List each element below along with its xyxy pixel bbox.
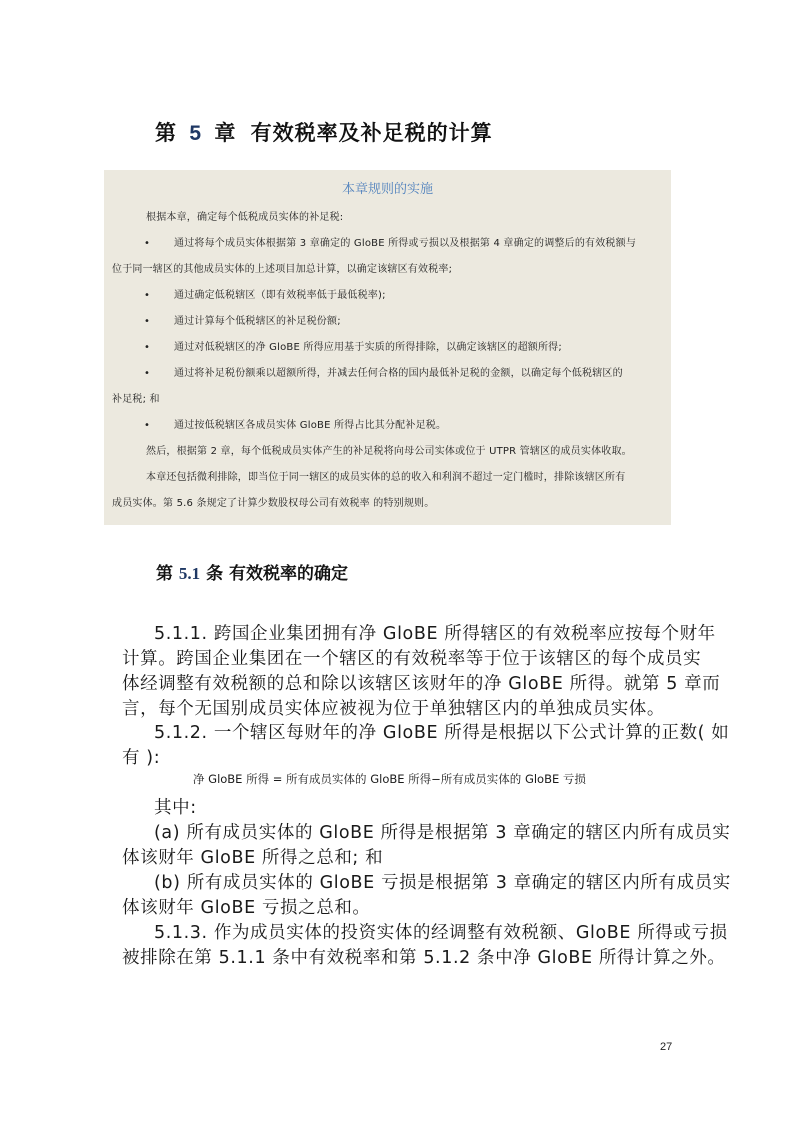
box-bullet-2: •通过确定低税辖区（即有效税率低于最低税率); <box>144 286 386 301</box>
implementation-box: 本章规则的实施 根据本章，确定每个低税成员实体的补足税: •通过将每个成员实体根… <box>104 170 671 525</box>
bullet-text: 通过按低税辖区各成员实体 GloBE 所得占比其分配补足税。 <box>174 420 446 431</box>
box-para-then: 然后，根据第 2 章，每个低税成员实体产生的补足税将向母公司实体或位于 UTPR… <box>146 442 632 457</box>
para-5-1-1-line4: 言，每个无国别成员实体应被视为位于单独辖区内的单独成员实体。 <box>122 695 665 720</box>
box-bullet-1-cont: 位于同一辖区的其他成员实体的上述项目加总计算，以确定该辖区有效税率; <box>112 260 452 275</box>
bullet-icon: • <box>144 368 174 379</box>
chapter-prefix: 第 <box>155 121 177 145</box>
bullet-text: 通过确定低税辖区（即有效税率低于最低税率); <box>174 290 386 301</box>
box-bullet-4: •通过对低税辖区的净 GloBE 所得应用基于实质的所得排除，以确定该辖区的超额… <box>144 338 562 353</box>
para-5-1-1: 5.1.1. 跨国企业集团拥有净 GloBE 所得辖区的有效税率应按每个财年 <box>154 620 716 645</box>
para-5-1-3: 5.1.3. 作为成员实体的投资实体的经调整有效税额、GloBE 所得或亏损 <box>154 919 728 944</box>
box-bullet-3: •通过计算每个低税辖区的补足税份额; <box>144 312 341 327</box>
chapter-suffix: 章 <box>214 121 236 145</box>
bullet-icon: • <box>144 420 174 431</box>
para-5-1-3-line2: 被排除在第 5.1.1 条中有效税率和第 5.1.2 条中净 GloBE 所得计… <box>122 944 726 969</box>
section-title: 第 5.1 条 有效税率的确定 <box>156 559 348 584</box>
para-5-1-1-line2: 计算。跨国企业集团在一个辖区的有效税率等于位于该辖区的每个成员实 <box>122 645 701 670</box>
bullet-text: 通过将每个成员实体根据第 3 章确定的 GloBE 所得或亏损以及根据第 4 章… <box>174 238 636 249</box>
para-b: (b) 所有成员实体的 GloBE 亏损是根据第 3 章确定的辖区内所有成员实 <box>154 869 731 894</box>
bullet-icon: • <box>144 342 174 353</box>
box-para-deminimis-cont: 成员实体。第 5.6 条规定了计算少数股权母公司有效税率 的特别规则。 <box>112 494 434 509</box>
bullet-icon: • <box>144 316 174 327</box>
bullet-text: 通过计算每个低税辖区的补足税份额; <box>174 316 341 327</box>
para-a: (a) 所有成员实体的 GloBE 所得是根据第 3 章确定的辖区内所有成员实 <box>154 819 730 844</box>
chapter-title-text: 有效税率及补足税的计算 <box>251 121 493 145</box>
para-a-line2: 体该财年 GloBE 所得之总和; 和 <box>122 844 383 869</box>
box-para-deminimis: 本章还包括微利排除，即当位于同一辖区的成员实体的总的收入和利润不超过一定门槛时，… <box>146 468 625 483</box>
formula: 净 GloBE 所得 = 所有成员实体的 GloBE 所得−所有成员实体的 Gl… <box>193 771 586 787</box>
box-bullet-1: •通过将每个成员实体根据第 3 章确定的 GloBE 所得或亏损以及根据第 4 … <box>144 234 636 249</box>
bullet-icon: • <box>144 238 174 249</box>
section-prefix: 第 <box>156 564 173 584</box>
para-b-line2: 体该财年 GloBE 亏损之总和。 <box>122 894 371 919</box>
box-title: 本章规则的实施 <box>104 178 671 197</box>
para-5-1-2-line2: 有 ): <box>122 744 160 769</box>
para-5-1-1-line3: 体经调整有效税额的总和除以该辖区该财年的净 GloBE 所得。就第 5 章而 <box>122 670 720 695</box>
document-page: 第 5 章 有效税率及补足税的计算 本章规则的实施 根据本章，确定每个低税成员实… <box>0 0 794 1123</box>
chapter-title: 第 5 章 有效税率及补足税的计算 <box>155 117 493 147</box>
box-intro: 根据本章，确定每个低税成员实体的补足税: <box>146 208 343 223</box>
bullet-text: 通过对低税辖区的净 GloBE 所得应用基于实质的所得排除，以确定该辖区的超额所… <box>174 342 562 353</box>
section-suffix: 条 <box>206 564 223 584</box>
para-5-1-2: 5.1.2. 一个辖区每财年的净 GloBE 所得是根据以下公式计算的正数( 如 <box>154 719 729 744</box>
chapter-number: 5 <box>189 122 202 145</box>
page-number: 27 <box>660 1041 672 1053</box>
bullet-text: 通过将补足税份额乘以超额所得，并减去任何合格的国内最低补足税的金额，以确定每个低… <box>174 368 623 379</box>
box-bullet-5-cont: 补足税; 和 <box>112 390 160 405</box>
where-label: 其中: <box>154 794 197 819</box>
section-number: 5.1 <box>179 564 200 583</box>
section-title-text: 有效税率的确定 <box>229 564 348 584</box>
box-bullet-6: •通过按低税辖区各成员实体 GloBE 所得占比其分配补足税。 <box>144 416 446 431</box>
bullet-icon: • <box>144 290 174 301</box>
box-bullet-5: •通过将补足税份额乘以超额所得，并减去任何合格的国内最低补足税的金额，以确定每个… <box>144 364 623 379</box>
